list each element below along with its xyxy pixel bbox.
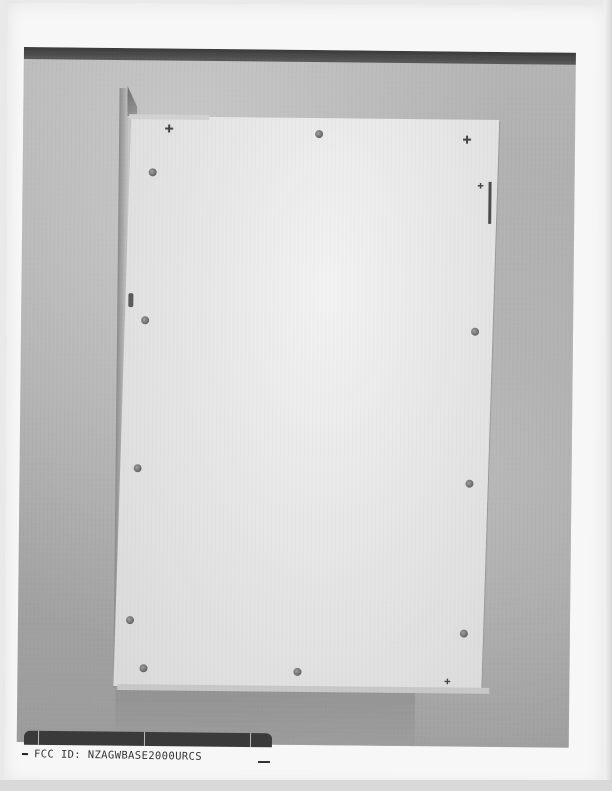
mounting-bracket [127,86,137,116]
screw-icon [315,130,323,138]
caption-bar [24,731,272,748]
screw-icon [134,464,142,472]
screw-icon [165,124,173,132]
dash-mark [258,761,270,763]
screw-icon [463,136,471,144]
dash-mark [22,753,28,755]
screw-icon [471,328,479,336]
scanner-bed-edge [0,780,612,791]
screw-icon [141,316,149,324]
screw-icon [293,668,301,676]
screw-icon [149,168,157,176]
page-edge [604,0,612,791]
screw-icon [460,630,468,638]
screw-icon [465,480,473,488]
screw-icon [478,183,484,189]
screw-icon [126,616,134,624]
side-latch [128,293,133,307]
screw-icon [139,664,147,672]
enclosure-panel [113,116,499,690]
device-photo [17,47,576,748]
enclosure-top-lip [129,114,209,120]
screw-icon [445,679,451,685]
side-slot [488,182,491,224]
